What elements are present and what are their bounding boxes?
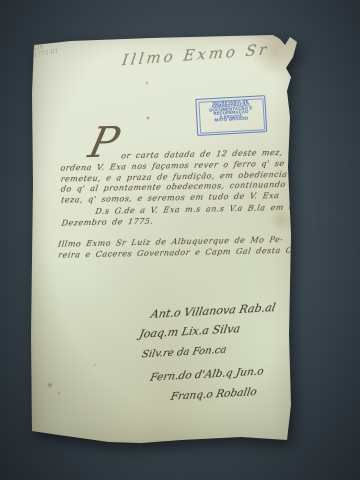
pencil-annotation: 436 1775-81 — [32, 41, 59, 60]
photo-of-manuscript: 436 1775-81 Illmo Exmo Sr SECRETARIA DE … — [0, 0, 360, 480]
body-paragraph: or carta datada de 12 deste mez, nos ord… — [60, 148, 299, 207]
stamp-text: SECRETARIA DE ADMINISTRAÇÃO DOCUMENTAÇÃO… — [198, 99, 263, 123]
salutation-line: Illmo Exmo Sr — [121, 40, 271, 69]
addressee-block: Illmo Exmo Sr Luiz de Albuquerque de Mo … — [58, 235, 300, 262]
paper-wrapper: 436 1775-81 Illmo Exmo Sr SECRETARIA DE … — [31, 35, 298, 447]
closing-block: D.s G.de a V. Exa m.s an.s V.a B.la em C… — [61, 203, 299, 230]
signature: Franq.o Roballo — [170, 386, 258, 403]
archive-stamp: SECRETARIA DE ADMINISTRAÇÃO DOCUMENTAÇÃO… — [195, 95, 267, 136]
ink-layer: 436 1775-81 Illmo Exmo Sr SECRETARIA DE … — [28, 32, 304, 450]
signature: Silv.re da Fon.ca — [141, 345, 228, 361]
signature: Fern.do d'Alb.q Jun.o — [149, 365, 265, 383]
manuscript-paper: 436 1775-81 Illmo Exmo Sr SECRETARIA DE … — [31, 35, 298, 447]
signature: Joaq.m Lix.a Silva — [138, 322, 241, 341]
signature: Ant.o Villanova Rab.al — [150, 301, 277, 321]
